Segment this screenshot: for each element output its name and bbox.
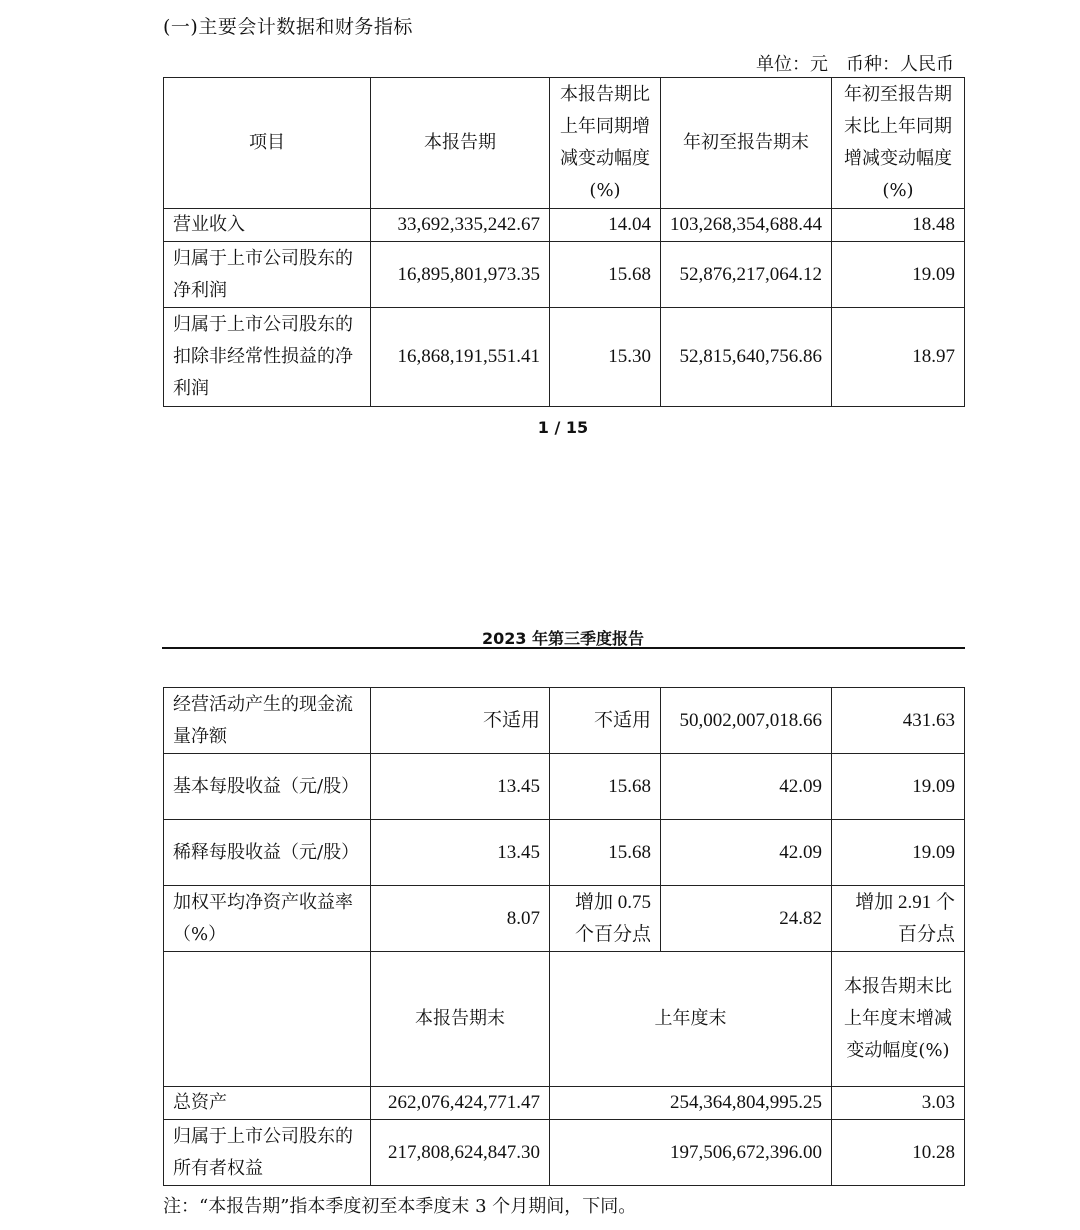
row-current: 33,692,335,242.67 [371,209,550,242]
row-ytd: 52,876,217,064.12 [661,242,832,308]
currency-label: 币种：人民币 [846,54,954,75]
table-row: 归属于上市公司股东的净利润 16,895,801,973.35 15.68 52… [164,242,965,308]
row-ytd: 42.09 [661,754,832,820]
row-item: 营业收入 [164,209,371,242]
row-ytd-change: 增加 2.91 个百分点 [832,886,965,952]
row-ytd: 50,002,007,018.66 [661,688,832,754]
row-period-end: 217,808,624,847.30 [371,1120,550,1186]
row-current-change: 15.68 [550,242,661,308]
row-prior-year-end: 254,364,804,995.25 [550,1087,832,1120]
header-ytd: 年初至报告期末 [661,78,832,209]
row-ytd: 52,815,640,756.86 [661,308,832,407]
row-item: 归属于上市公司股东的扣除非经常性损益的净利润 [164,308,371,407]
table-row: 加权平均净资产收益率（%） 8.07 增加 0.75 个百分点 24.82 增加… [164,886,965,952]
row-ytd-change: 18.97 [832,308,965,407]
row-item: 归属于上市公司股东的所有者权益 [164,1120,371,1186]
row-ytd-change: 18.48 [832,209,965,242]
balance-header-period-end: 本报告期末 [371,952,550,1087]
row-period-end: 262,076,424,771.47 [371,1087,550,1120]
row-prior-year-end: 197,506,672,396.00 [550,1120,832,1186]
row-current: 16,895,801,973.35 [371,242,550,308]
row-current: 8.07 [371,886,550,952]
balance-header-change: 本报告期末比上年度末增减变动幅度(%) [832,952,965,1087]
table-header-row: 项目 本报告期 本报告期比上年同期增减变动幅度(%) 年初至报告期末 年初至报告… [164,78,965,209]
row-current-change: 15.68 [550,754,661,820]
row-current: 13.45 [371,820,550,886]
header-current-change: 本报告期比上年同期增减变动幅度(%) [550,78,661,209]
header-ytd-change: 年初至报告期末比上年同期增减变动幅度(%) [832,78,965,209]
row-current-change: 15.30 [550,308,661,407]
row-item: 加权平均净资产收益率（%） [164,886,371,952]
row-ytd-change: 19.09 [832,820,965,886]
report-header: 2023 年第三季度报告 [0,626,1080,649]
row-ytd-change: 19.09 [832,754,965,820]
header-current-period: 本报告期 [371,78,550,209]
row-current-change: 不适用 [550,688,661,754]
row-current: 16,868,191,551.41 [371,308,550,407]
balance-header-prior-year-end: 上年度末 [550,952,832,1087]
table-row: 归属于上市公司股东的扣除非经常性损益的净利润 16,868,191,551.41… [164,308,965,407]
row-ytd: 42.09 [661,820,832,886]
row-item: 基本每股收益（元/股） [164,754,371,820]
row-ytd: 103,268,354,688.44 [661,209,832,242]
row-item: 经营活动产生的现金流量净额 [164,688,371,754]
page-number: 1 / 15 [0,418,1080,437]
section-title: (一)主要会计数据和财务指标 [163,12,413,39]
row-item: 归属于上市公司股东的净利润 [164,242,371,308]
row-current-change: 15.68 [550,820,661,886]
header-divider [162,647,965,649]
financial-data-table-2: 经营活动产生的现金流量净额 不适用 不适用 50,002,007,018.66 … [163,687,965,1186]
table-row: 总资产 262,076,424,771.47 254,364,804,995.2… [164,1087,965,1120]
unit-line: 单位：元币种：人民币 [738,50,954,76]
table-row: 稀释每股收益（元/股） 13.45 15.68 42.09 19.09 [164,820,965,886]
row-item: 稀释每股收益（元/股） [164,820,371,886]
row-current-change: 增加 0.75 个百分点 [550,886,661,952]
row-item: 总资产 [164,1087,371,1120]
row-change: 3.03 [832,1087,965,1120]
row-current-change: 14.04 [550,209,661,242]
header-item: 项目 [164,78,371,209]
balance-header-item [164,952,371,1087]
footnote: 注：“本报告期”指本季度初至本季度末 3 个月期间，下同。 [163,1192,636,1218]
table-row: 营业收入 33,692,335,242.67 14.04 103,268,354… [164,209,965,242]
row-ytd: 24.82 [661,886,832,952]
row-ytd-change: 431.63 [832,688,965,754]
table-row: 归属于上市公司股东的所有者权益 217,808,624,847.30 197,5… [164,1120,965,1186]
unit-label: 单位：元 [756,54,828,75]
row-change: 10.28 [832,1120,965,1186]
financial-data-table-1: 项目 本报告期 本报告期比上年同期增减变动幅度(%) 年初至报告期末 年初至报告… [163,77,965,407]
balance-header-row: 本报告期末 上年度末 本报告期末比上年度末增减变动幅度(%) [164,952,965,1087]
row-current: 13.45 [371,754,550,820]
row-ytd-change: 19.09 [832,242,965,308]
table-row: 基本每股收益（元/股） 13.45 15.68 42.09 19.09 [164,754,965,820]
row-current: 不适用 [371,688,550,754]
table-row: 经营活动产生的现金流量净额 不适用 不适用 50,002,007,018.66 … [164,688,965,754]
